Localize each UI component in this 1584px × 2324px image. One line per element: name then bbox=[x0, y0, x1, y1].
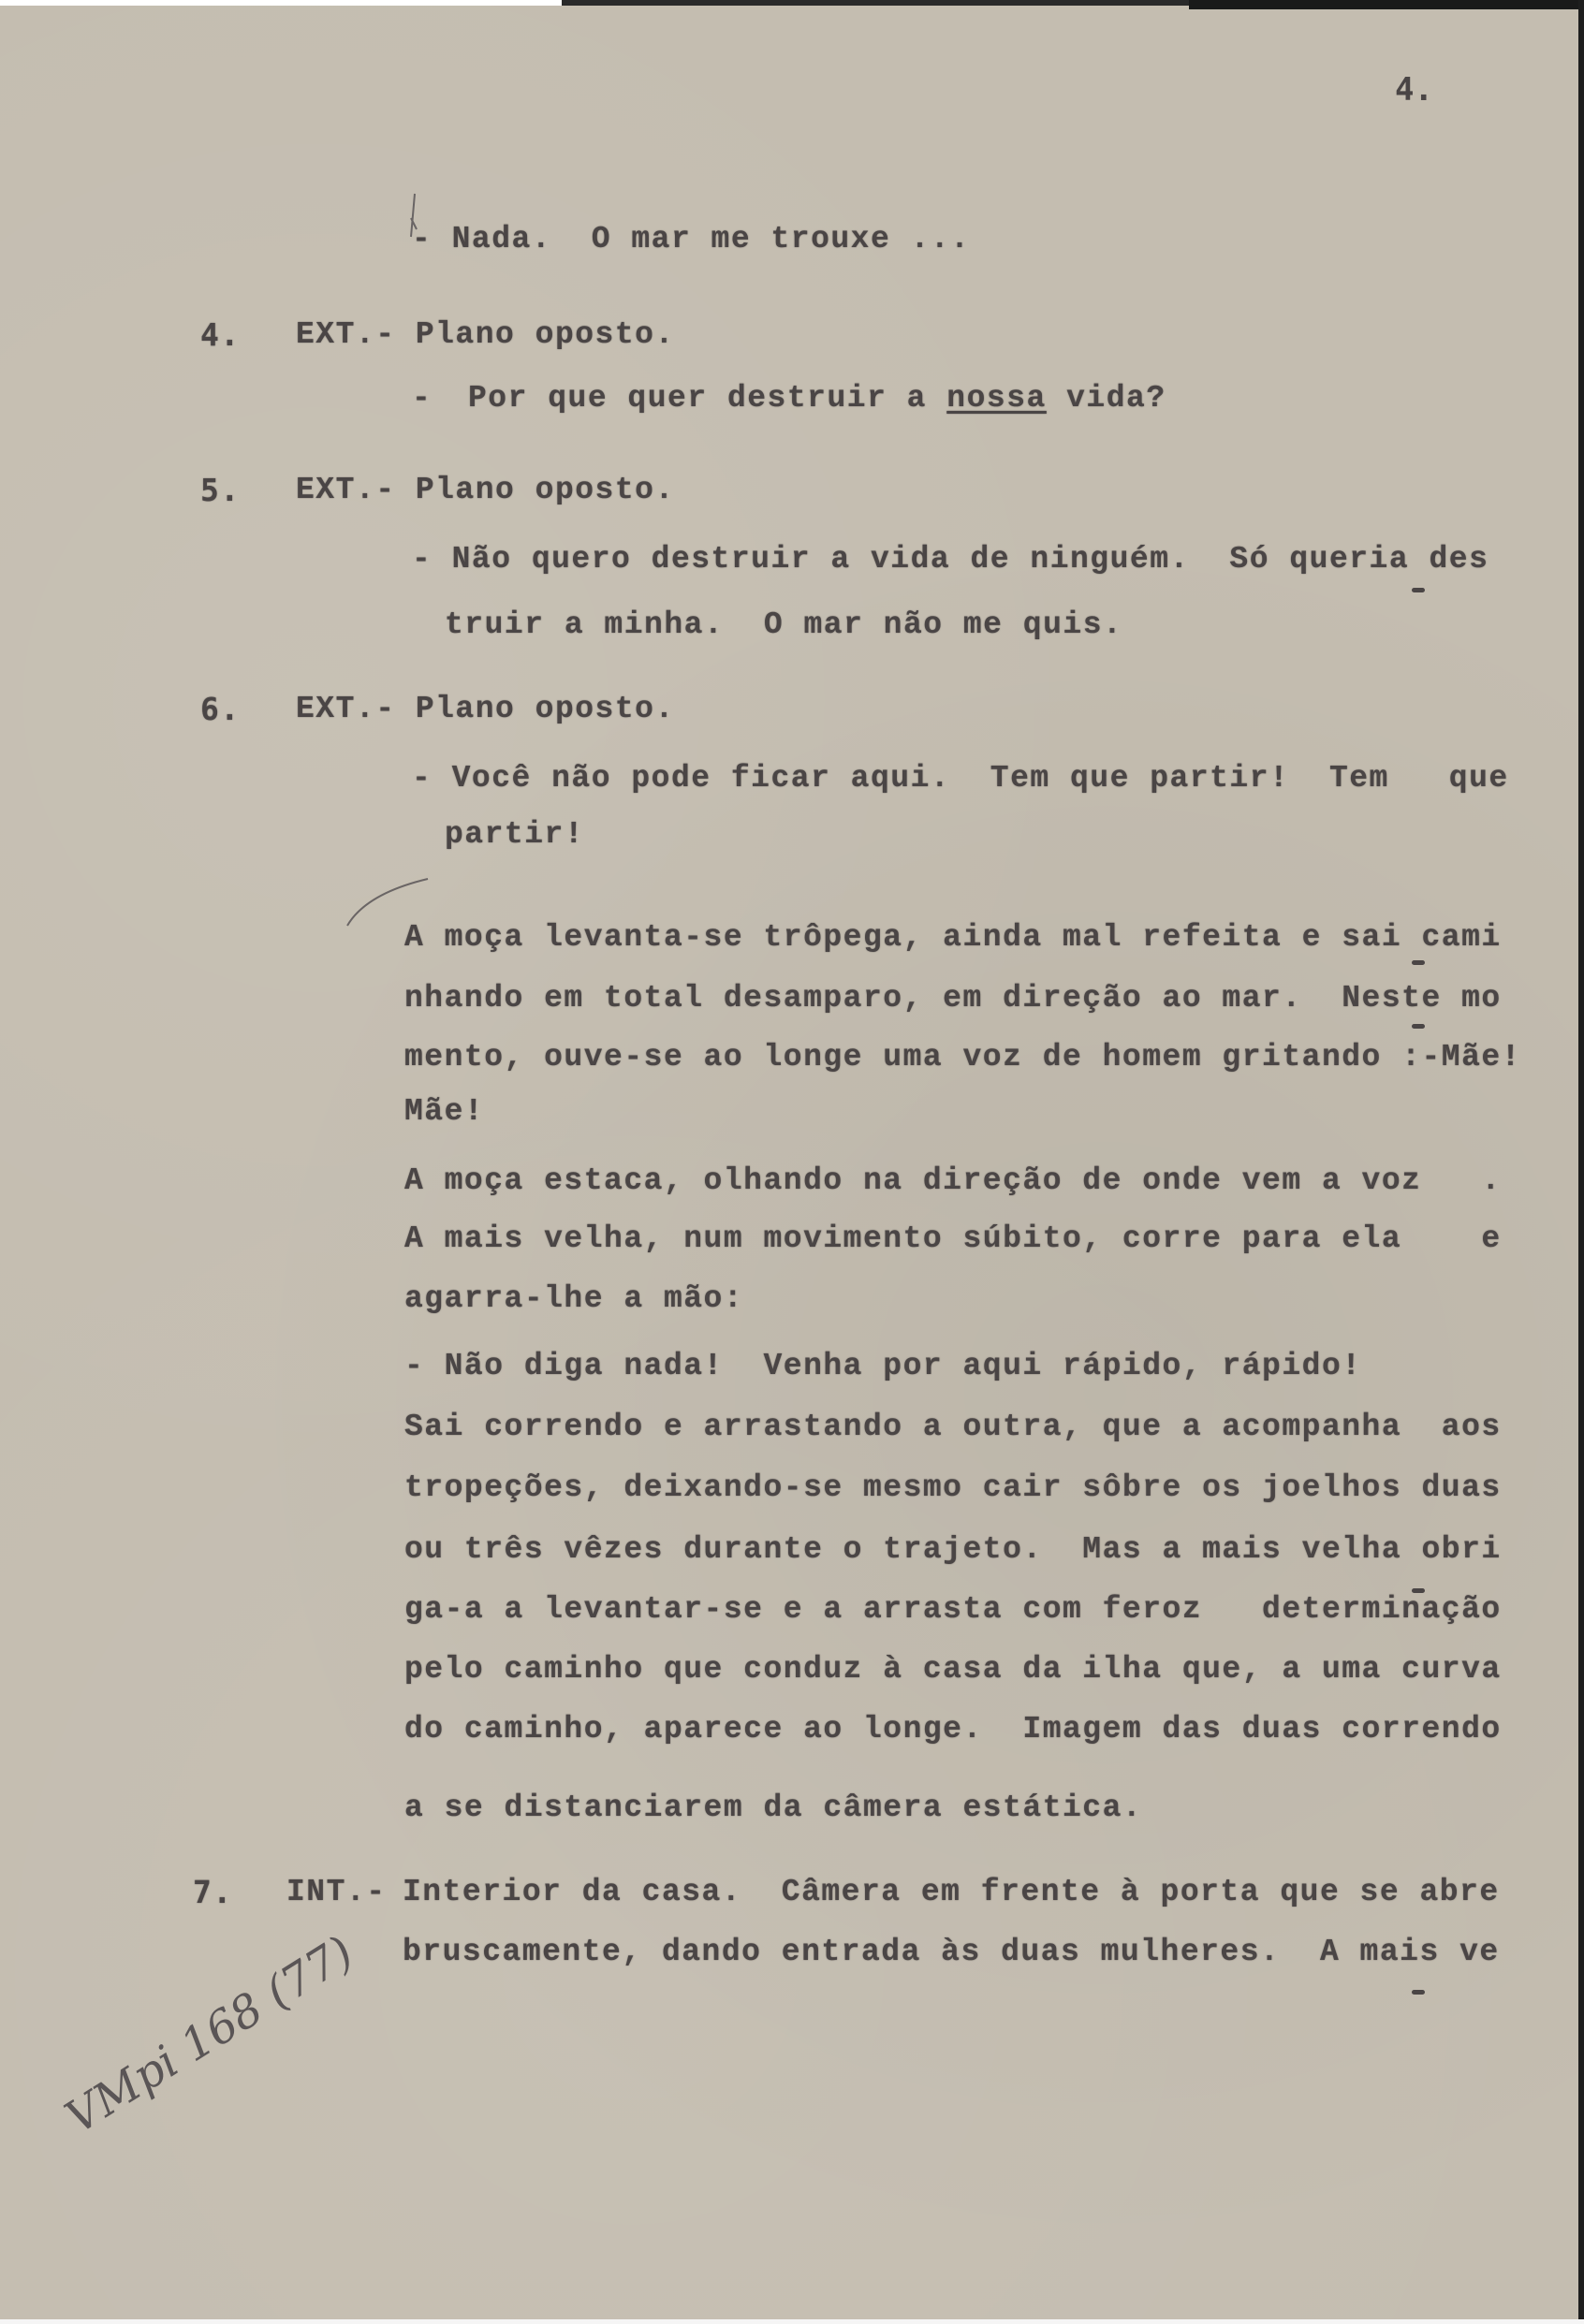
dialogue-text: Por que quer destruir a bbox=[468, 381, 946, 416]
scene-heading: INT.- bbox=[286, 1874, 387, 1911]
action-line: pelo caminho que conduz à casa da ilha q… bbox=[404, 1651, 1502, 1688]
action-line: agarra-lhe a mão: bbox=[404, 1280, 743, 1318]
action-line: a se distanciarem da câmera estática. bbox=[404, 1790, 1142, 1827]
scene-heading: EXT.- Plano oposto. bbox=[296, 691, 675, 728]
continuation-hyphen bbox=[1412, 1990, 1425, 1995]
dialogue-line: partir! bbox=[445, 816, 584, 854]
action-line: ga-a a levantar-se e a arrasta com feroz… bbox=[404, 1591, 1502, 1629]
scene-number: 4. bbox=[200, 316, 241, 354]
dialogue-dash: - bbox=[412, 380, 432, 417]
action-line: do caminho, aparece ao longe. Imagem das… bbox=[404, 1711, 1502, 1748]
action-line: Interior da casa. Câmera em frente à por… bbox=[403, 1874, 1500, 1911]
action-line: Mãe! bbox=[404, 1093, 484, 1131]
action-line: A moça estaca, olhando na direção de ond… bbox=[404, 1162, 1502, 1200]
scene-number: 6. bbox=[200, 691, 241, 728]
action-line: mento, ouve-se ao longe uma voz de homem… bbox=[404, 1039, 1521, 1076]
dialogue-line: - Não quero destruir a vida de ninguém. … bbox=[412, 541, 1489, 578]
dialogue-line: - Você não pode ficar aqui. Tem que part… bbox=[412, 760, 1509, 797]
dialogue-text: vida? bbox=[1047, 381, 1166, 416]
dialogue-line: Por que quer destruir a nossa vida? bbox=[468, 380, 1166, 417]
dialogue-line: truir a minha. O mar não me quis. bbox=[445, 607, 1122, 644]
action-line: nhando em total desamparo, em direção ao… bbox=[404, 980, 1502, 1017]
page-number: 4. bbox=[1395, 71, 1433, 109]
action-line: Sai correndo e arrastando a outra, que a… bbox=[404, 1409, 1502, 1446]
scene-heading: EXT.- Plano oposto. bbox=[296, 472, 675, 509]
dialogue-line: - Não diga nada! Venha por aqui rápido, … bbox=[404, 1348, 1362, 1385]
action-line: tropeções, deixando-se mesmo cair sôbre … bbox=[404, 1469, 1502, 1507]
action-line: A moça levanta-se trôpega, ainda mal ref… bbox=[404, 919, 1502, 957]
scene-heading: EXT.- Plano oposto. bbox=[296, 316, 675, 354]
continuation-hyphen bbox=[1412, 1024, 1425, 1029]
continuation-hyphen bbox=[1412, 588, 1425, 592]
continuation-hyphen bbox=[1412, 960, 1425, 965]
scan-border-top-right bbox=[1189, 0, 1584, 9]
scan-border-bottom bbox=[0, 2319, 1584, 2324]
action-line: bruscamente, dando entrada às duas mulhe… bbox=[403, 1934, 1500, 1971]
underlined-word: nossa bbox=[946, 381, 1047, 416]
action-line: A mais velha, num movimento súbito, corr… bbox=[404, 1220, 1502, 1258]
dialogue-line: - Nada. O mar me trouxe ... bbox=[412, 221, 971, 258]
scene-number: 5. bbox=[200, 472, 241, 509]
scan-border-top bbox=[562, 0, 1189, 6]
scan-border-right bbox=[1578, 0, 1584, 2324]
scene-number: 7. bbox=[193, 1874, 233, 1911]
action-line: ou três vêzes durante o trajeto. Mas a m… bbox=[404, 1531, 1502, 1569]
